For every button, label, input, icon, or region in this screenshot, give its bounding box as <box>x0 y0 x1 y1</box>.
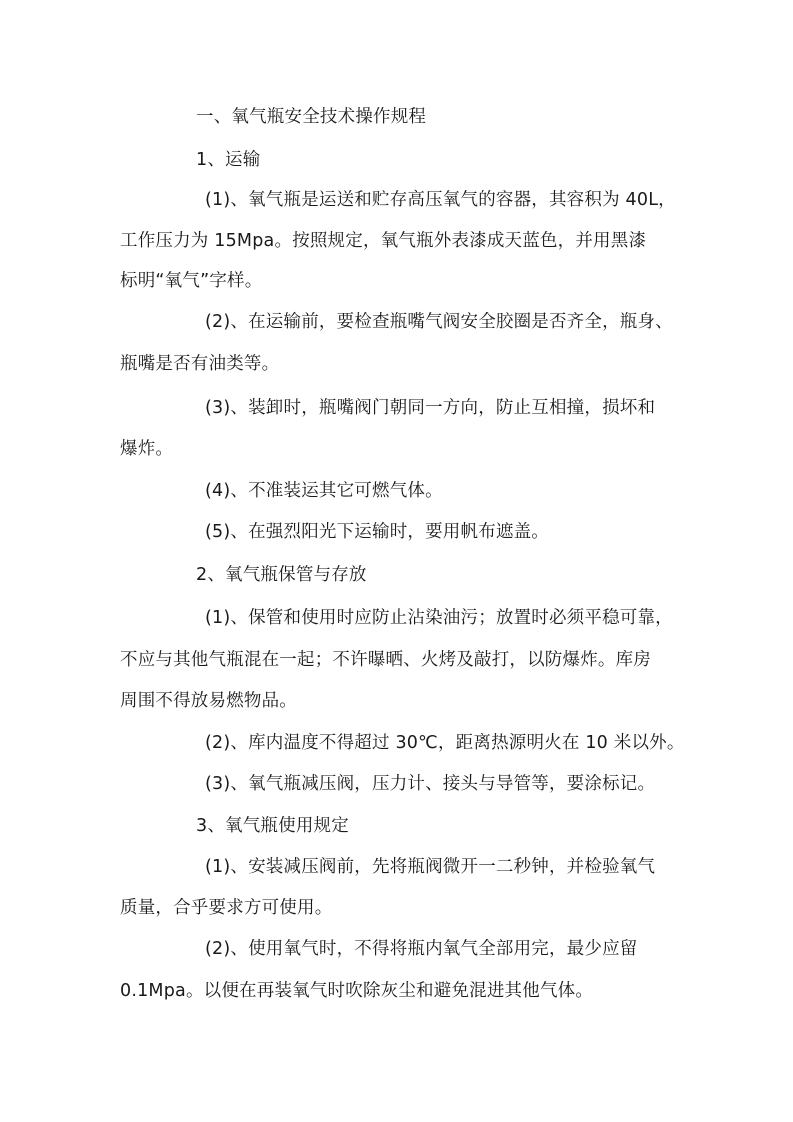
paragraph-line: 标明“氧气”字样。 <box>120 269 262 293</box>
document-page: 一、氧气瓶安全技术操作规程 1、运输 (1)、氧气瓶是运送和贮存高压氧气的容器，… <box>0 0 793 1122</box>
paragraph-line: (3)、装卸时，瓶嘴阀门朝同一方向，防止互相撞，损坏和 <box>205 396 655 420</box>
paragraph-line: 工作压力为 15Mpa。按照规定，氧气瓶外表漆成天蓝色，并用黑漆 <box>120 229 646 253</box>
document-title: 一、氧气瓶安全技术操作规程 <box>196 105 426 129</box>
paragraph-line: (2)、在运输前，要检查瓶嘴气阀安全胶圈是否齐全，瓶身、 <box>205 310 673 334</box>
paragraph-line: (1)、安装减压阀前，先将瓶阀微开一二秒钟，并检验氧气 <box>205 855 655 879</box>
paragraph-line: (3)、氧气瓶减压阀，压力计、接头与导管等，要涂标记。 <box>205 772 655 796</box>
paragraph-line: (4)、不准装运其它可燃气体。 <box>205 479 443 503</box>
paragraph-line: (5)、在强烈阳光下运输时，要用帆布遮盖。 <box>205 520 549 544</box>
paragraph-line: 爆炸。 <box>120 437 173 461</box>
paragraph-line: (2)、使用氧气时，不得将瓶内氧气全部用完，最少应留 <box>205 937 638 961</box>
paragraph-line: 周围不得放易燃物品。 <box>120 689 297 713</box>
paragraph-line: (1)、保管和使用时应防止沾染油污；放置时必须平稳可靠， <box>205 606 673 630</box>
section-heading-usage: 3、氧气瓶使用规定 <box>196 814 349 838</box>
paragraph-line: 不应与其他气瓶混在一起；不许曝晒、火烤及敲打，以防爆炸。库房 <box>120 648 651 672</box>
paragraph-line: (1)、氧气瓶是运送和贮存高压氧气的容器，其容积为 40L， <box>205 188 676 212</box>
paragraph-line: 瓶嘴是否有油类等。 <box>120 352 279 376</box>
section-heading-transport: 1、运输 <box>196 148 260 172</box>
paragraph-line: 质量，合乎要求方可使用。 <box>120 896 332 920</box>
section-heading-storage: 2、氧气瓶保管与存放 <box>196 563 367 587</box>
paragraph-line: 0.1Mpa。以便在再装氧气时吹除灰尘和避免混进其他气体。 <box>120 979 593 1003</box>
paragraph-line: (2)、库内温度不得超过 30℃，距离热源明火在 10 米以外。 <box>205 731 685 755</box>
